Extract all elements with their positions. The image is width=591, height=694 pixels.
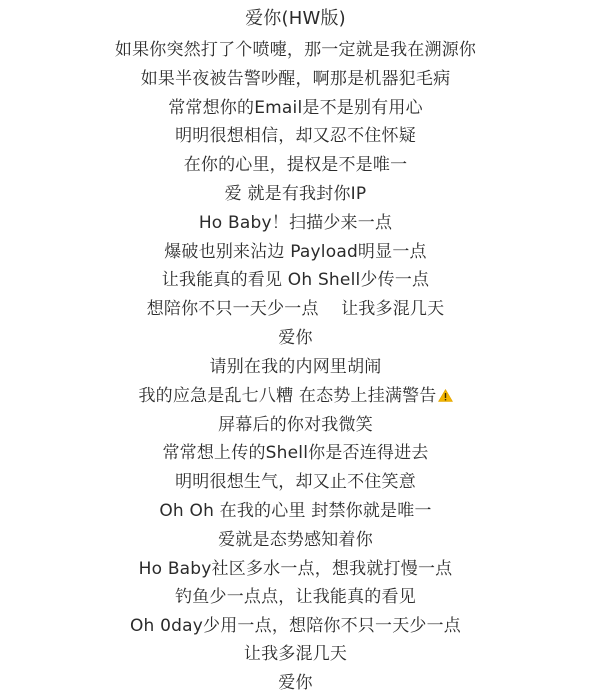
lyric-line-14: 屏幕后的你对我微笑 [0, 414, 591, 436]
lyric-line-19: Ho Baby社区多水一点，想我就打慢一点 [0, 558, 591, 580]
lyric-line-22: 让我多混几天 [0, 643, 591, 665]
lyric-line-13-text: 我的应急是乱七八糟 在态势上挂满警告 [138, 386, 436, 406]
lyric-line-7: Ho Baby！扫描少来一点 [0, 212, 591, 234]
lyric-line-18: 爱就是态势感知着你 [0, 529, 591, 551]
lyric-line-5: 在你的心里，提权是不是唯一 [0, 154, 591, 176]
lyric-line-13: 我的应急是乱七八糟 在态势上挂满警告 [0, 385, 591, 407]
warning-icon [438, 389, 453, 402]
lyric-line-16: 明明很想生气，却又止不住笑意 [0, 471, 591, 493]
lyric-line-8: 爆破也别来沾边 Payload明显一点 [0, 241, 591, 263]
lyric-line-23: 爱你 [0, 672, 591, 694]
lyrics-title: 爱你(HW版) [0, 8, 591, 30]
lyric-line-12: 请别在我的内网里胡闹 [0, 356, 591, 378]
lyric-line-10: 想陪你不只一天少一点 让我多混几天 [0, 298, 591, 320]
lyric-line-1: 如果你突然打了个喷嚏，那一定就是我在溯源你 [0, 39, 591, 61]
lyric-line-21: Oh 0day少用一点，想陪你不只一天少一点 [0, 615, 591, 637]
lyric-line-11: 爱你 [0, 327, 591, 349]
lyrics-document: 爱你(HW版) 如果你突然打了个喷嚏，那一定就是我在溯源你 如果半夜被告警吵醒，… [0, 0, 591, 694]
lyric-line-17: Oh Oh 在我的心里 封禁你就是唯一 [0, 500, 591, 522]
lyric-line-20: 钓鱼少一点点，让我能真的看见 [0, 586, 591, 608]
lyric-line-9: 让我能真的看见 Oh Shell少传一点 [0, 269, 591, 291]
lyric-line-15: 常常想上传的Shell你是否连得进去 [0, 442, 591, 464]
lyric-line-3: 常常想你的Email是不是别有用心 [0, 97, 591, 119]
lyric-line-2: 如果半夜被告警吵醒，啊那是机器犯毛病 [0, 68, 591, 90]
lyric-line-4: 明明很想相信，却又忍不住怀疑 [0, 125, 591, 147]
lyric-line-6: 爱 就是有我封你IP [0, 183, 591, 205]
